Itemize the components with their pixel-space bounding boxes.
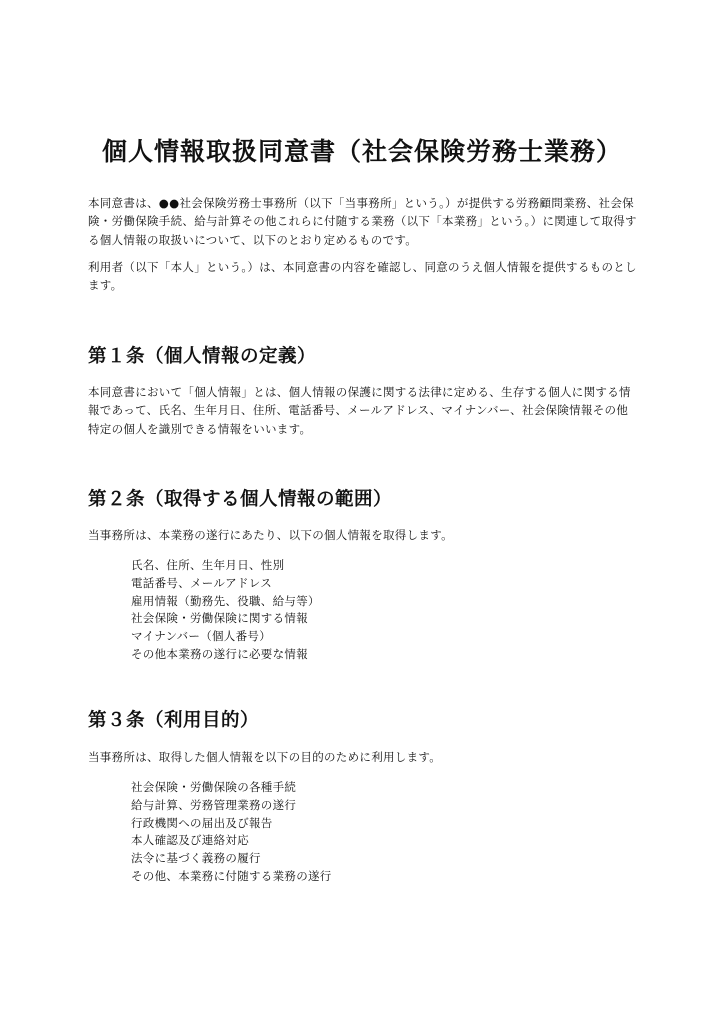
list-item: その他本業務の遂行に必要な情報: [131, 646, 320, 664]
intro-paragraph: 本同意書は、●●社会保険労務士事務所（以下「当事務所」という。）が提供する労務顧…: [88, 194, 638, 249]
article-1-body: 本同意書において「個人情報」とは、個人情報の保護に関する法律に定める、生存する個…: [88, 383, 638, 438]
list-item: 氏名、住所、生年月日、性別: [131, 557, 320, 575]
list-item: 本人確認及び連絡対応: [131, 832, 332, 850]
list-item: 社会保険・労働保険に関する情報: [131, 610, 320, 628]
article-3-list: 社会保険・労働保険の各種手続 給与計算、労務管理業務の遂行 行政機関への届出及び…: [131, 779, 332, 886]
list-item: マイナンバー（個人番号）: [131, 628, 320, 646]
list-item: 法令に基づく義務の履行: [131, 850, 332, 868]
article-2-list: 氏名、住所、生年月日、性別 電話番号、メールアドレス 雇用情報（勤務先、役職、給…: [131, 557, 320, 664]
list-item: 電話番号、メールアドレス: [131, 575, 320, 593]
article-3-body: 当事務所は、取得した個人情報を以下の目的のために利用します。: [88, 748, 638, 766]
list-item: 社会保険・労働保険の各種手続: [131, 779, 332, 797]
article-2-body: 当事務所は、本業務の遂行にあたり、以下の個人情報を取得します。: [88, 526, 638, 544]
intro-consent-paragraph: 利用者（以下「本人」という。）は、本同意書の内容を確認し、同意のうえ個人情報を提…: [88, 258, 638, 295]
list-item: 行政機関への届出及び報告: [131, 815, 332, 833]
article-1-heading: 第１条（個人情報の定義）: [88, 344, 316, 370]
article-2-heading: 第２条（取得する個人情報の範囲）: [88, 487, 392, 513]
document-page: 個人情報取扱同意書（社会保険労務士業務） 本同意書は、●●社会保険労務士事務所（…: [0, 0, 724, 1024]
list-item: 給与計算、労務管理業務の遂行: [131, 797, 332, 815]
document-title: 個人情報取扱同意書（社会保険労務士業務）: [0, 134, 724, 170]
article-3-heading: 第３条（利用目的）: [88, 708, 259, 734]
list-item: その他、本業務に付随する業務の遂行: [131, 868, 332, 886]
list-item: 雇用情報（勤務先、役職、給与等）: [131, 593, 320, 611]
